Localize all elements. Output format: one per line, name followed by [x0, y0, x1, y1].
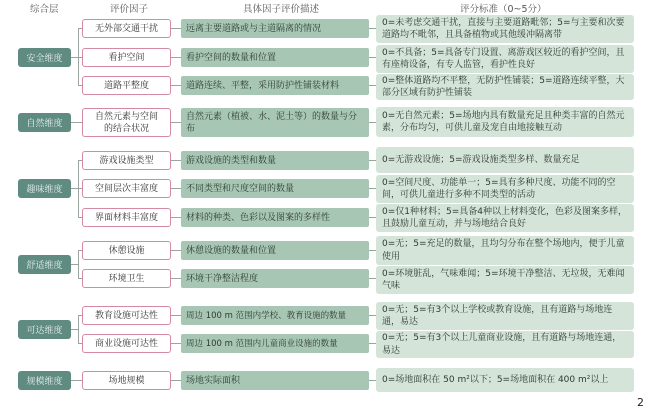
header-factor: 评价因子 — [110, 1, 148, 15]
factor-box: 休憩设施 — [82, 241, 171, 260]
description-box: 环境干净整洁程度 — [181, 269, 369, 288]
description-box: 周边 100 m 范围内儿童商业设施的数量 — [181, 334, 369, 353]
factor-box: 教育设施可达性 — [82, 306, 171, 325]
connector-line — [369, 28, 376, 29]
factor-box: 商业设施可达性 — [82, 334, 171, 353]
connector-line — [71, 122, 82, 123]
connector-line — [171, 28, 181, 29]
header-description: 具体因子评价描述 — [243, 1, 319, 15]
connector-line — [78, 315, 79, 344]
connector-line — [171, 217, 181, 218]
connector-line — [171, 315, 181, 316]
connector-line — [369, 160, 376, 161]
factor-box: 界面材料丰富度 — [82, 208, 171, 227]
dimension-accessibility: 可达维度 — [18, 320, 71, 339]
criteria-box: 0=无自然元素；5=场地内具有数量充足且种类丰富的自然元素，分布均匀，可供儿童及… — [376, 107, 634, 137]
criteria-box: 0=无游戏设施；5=游戏设施类型多样、数量充足 — [376, 147, 634, 173]
connector-line — [78, 160, 79, 218]
criteria-box: 0=整体道路均不平整，无防护性铺装；5=道路连续平整，大部分区域有防护性铺装 — [376, 74, 634, 100]
connector-line — [71, 329, 78, 330]
factor-box: 自然元素与空间的结合状况 — [82, 108, 171, 137]
connector-line — [171, 250, 181, 251]
connector-line — [71, 188, 78, 189]
connector-line — [369, 250, 376, 251]
factor-box: 游戏设施类型 — [82, 151, 171, 170]
criteria-box: 0=不具备；5=具备专门设置、离游戏区较近的看护空间，且有座椅设备，有专人监管，… — [376, 45, 634, 73]
connector-line — [171, 160, 181, 161]
connector-line — [369, 278, 376, 279]
connector-line — [369, 217, 376, 218]
factor-box: 场地规模 — [82, 371, 171, 390]
connector-line — [369, 85, 376, 86]
connector-line — [171, 380, 181, 381]
description-box: 游戏设施的类型和数量 — [181, 151, 369, 170]
connector-line — [171, 343, 181, 344]
connector-line — [171, 57, 181, 58]
connector-line — [71, 380, 82, 381]
factor-box: 看护空间 — [82, 48, 171, 67]
criteria-box: 0=无；5=有3个以上学校或教育设施，且有道路与场地连通，易达 — [376, 302, 634, 330]
connector-line — [369, 380, 376, 381]
factor-box: 空间层次丰富度 — [82, 179, 171, 198]
connector-line — [369, 315, 376, 316]
connector-line — [369, 188, 376, 189]
criteria-box: 0=空间尺度、功能单一；5=具有多种尺度、功能不同的空间，可供儿童进行多种不同类… — [376, 175, 634, 203]
dimension-scale: 规模维度 — [18, 371, 71, 390]
description-box: 道路连续、平整，采用防护性铺装材料 — [181, 76, 369, 95]
connector-line — [171, 85, 181, 86]
criteria-box: 0=无；5=有3个以上儿童商业设施，且有道路与场地连通，易达 — [376, 331, 634, 358]
dimension-nature: 自然维度 — [18, 113, 71, 132]
connector-line — [171, 278, 181, 279]
description-box: 远离主要道路或与主道隔离的情况 — [181, 19, 369, 38]
criteria-box: 0=未考虑交通干扰，直接与主要道路毗邻；5=与主要和次要道路均不毗邻，且具备植物… — [376, 15, 634, 43]
factor-box: 道路平整度 — [82, 76, 171, 95]
description-box: 场地实际面积 — [181, 371, 369, 390]
header-dimension: 综合层 — [30, 1, 59, 15]
description-box: 看护空间的数量和位置 — [181, 48, 369, 67]
dimension-comfort: 舒适维度 — [18, 255, 71, 274]
dimension-safety: 安全维度 — [18, 48, 71, 67]
description-box: 材料的种类、色彩以及图案的多样性 — [181, 208, 369, 227]
criteria-box: 0=无；5=充足的数量，且均匀分布在整个场地内，便于儿童使用 — [376, 236, 634, 265]
header-criteria: 评分标准（0~5分） — [460, 1, 547, 15]
connector-line — [171, 188, 181, 189]
connector-line — [369, 57, 376, 58]
description-box: 不同类型和尺度空间的数量 — [181, 179, 369, 198]
connector-line — [171, 122, 181, 123]
criteria-box: 0=仅1种材料；5=具备4种以上材料变化，色彩及图案多样，且鼓励儿童互动，并与场… — [376, 204, 634, 232]
connector-line — [71, 264, 78, 265]
description-box: 周边 100 m 范围内学校、教育设施的数量 — [181, 306, 369, 325]
criteria-box: 0=场地面积在 50 m²以下；5=场地面积在 400 m²以上 — [376, 368, 634, 392]
description-box: 休憩设施的数量和位置 — [181, 241, 369, 260]
description-box: 自然元素（植被、水、泥土等）的数量与分布 — [181, 108, 369, 137]
factor-box: 环境卫生 — [82, 269, 171, 288]
connector-line — [369, 343, 376, 344]
criteria-box: 0=环境脏乱，气味难闻；5=环境干净整洁、无垃圾，无难闻气味 — [376, 266, 634, 294]
dimension-fun: 趣味维度 — [18, 179, 71, 198]
connector-line — [78, 250, 79, 279]
connector-line — [369, 122, 376, 123]
factor-box: 无外部交通干扰 — [82, 19, 171, 38]
connector-line — [71, 57, 78, 58]
page-number: 2 — [637, 396, 644, 409]
